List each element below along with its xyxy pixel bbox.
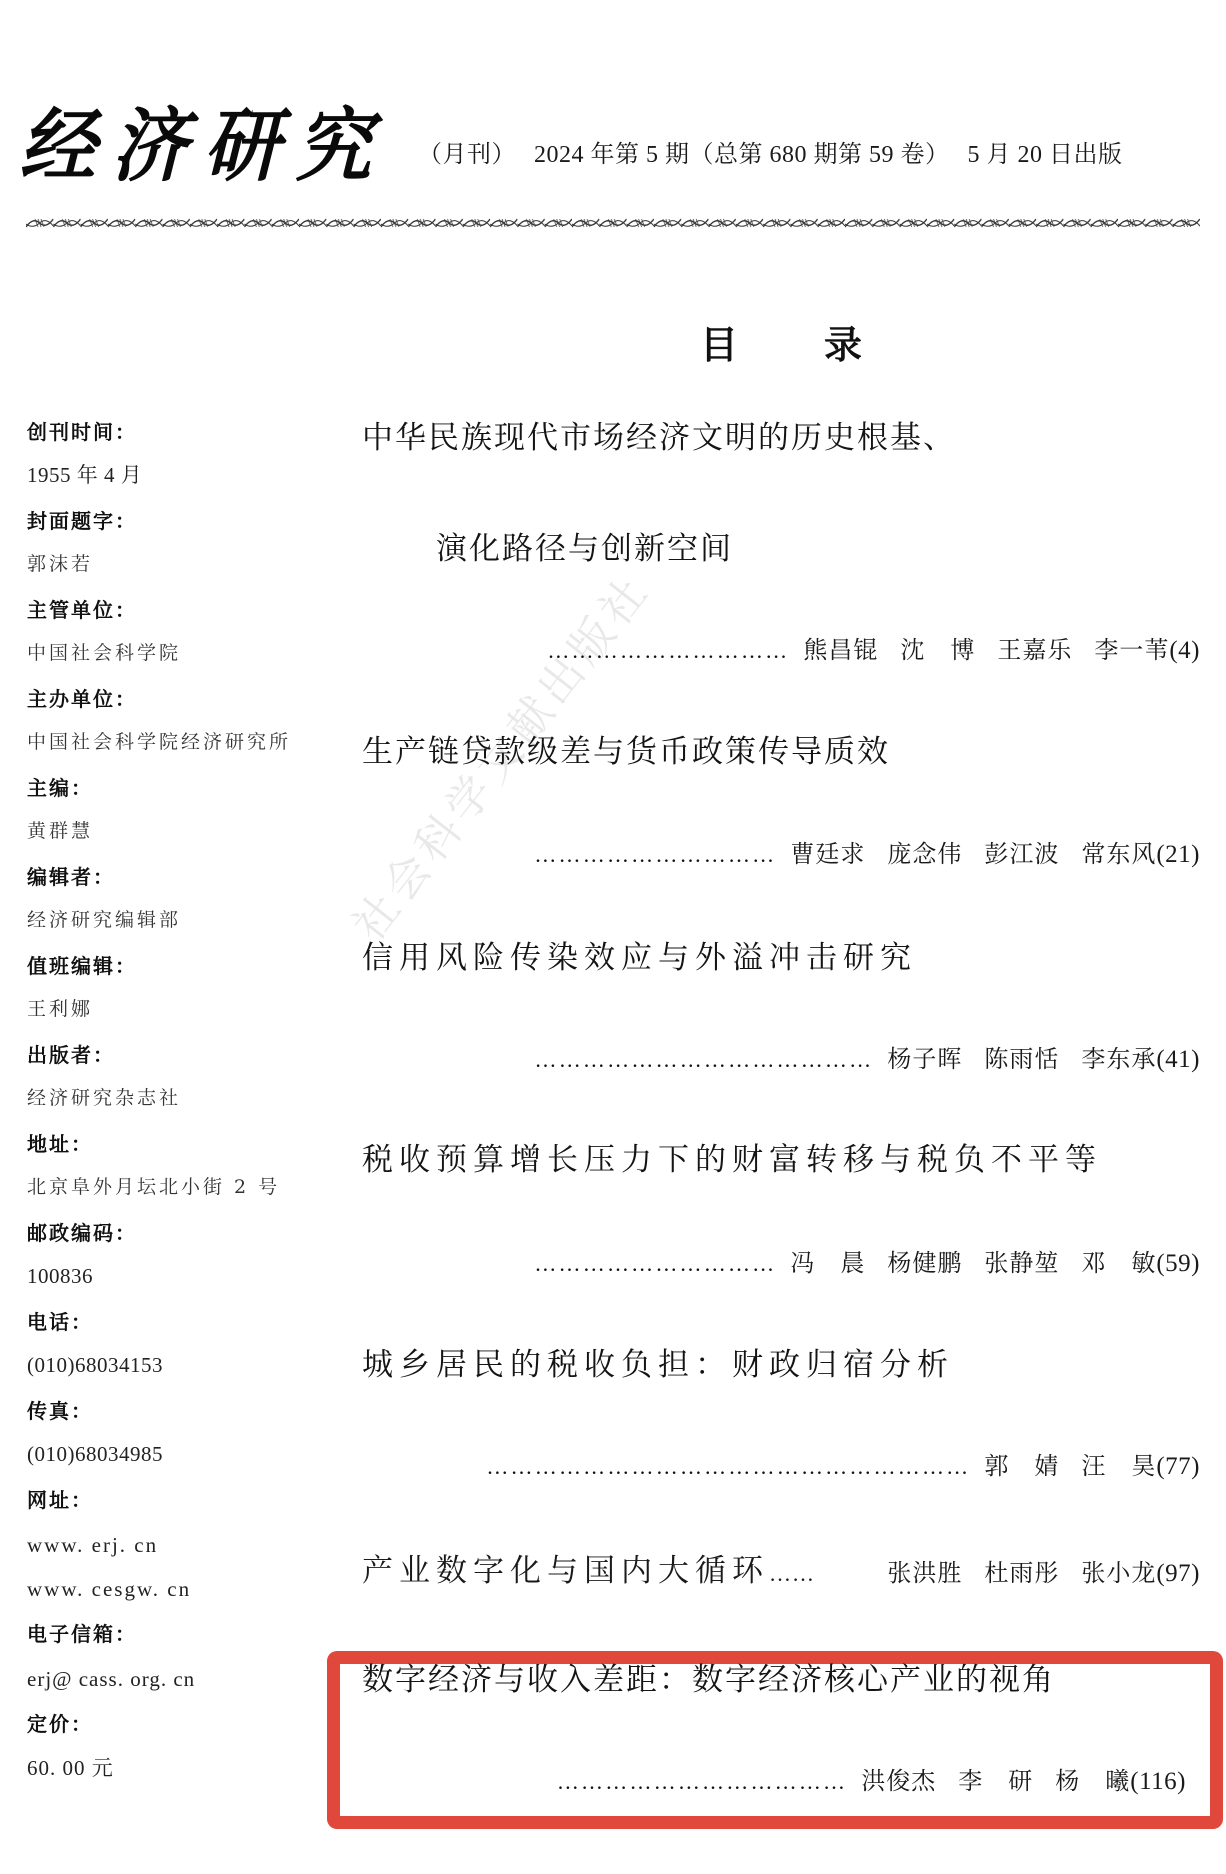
page-number: (97) xyxy=(1156,1554,1200,1594)
author: 庞念伟 xyxy=(887,837,962,871)
phone-value: (010)68034153 xyxy=(27,1351,163,1379)
article-title[interactable]: 税收预算增长压力下的财富转移与税负不平等 xyxy=(362,1140,1102,1180)
frequency: （月刊） xyxy=(418,142,516,168)
author: 杜雨彤 xyxy=(984,1553,1059,1593)
author: 李一苇 xyxy=(1094,633,1169,667)
toc-heading-right: 录 xyxy=(824,323,862,367)
article-byline: ………………………… 曹廷求 庞念伟 彭江波 常东风 (21) xyxy=(534,837,1200,872)
toc-heading: 目录 xyxy=(700,322,862,368)
founded-label: 创刊时间： xyxy=(27,418,137,446)
sponsor-label: 主办单位： xyxy=(27,685,137,713)
article-byline: ………………………… 冯 晨 杨健鹏 张静堃 邓 敏 (59) xyxy=(534,1246,1200,1281)
editor-in-chief-value: 黄群慧 xyxy=(27,817,93,845)
article-title[interactable]: 生产链贷款级差与货币政策传导质效 xyxy=(362,732,890,772)
address-value: 北京阜外月坛北小街 2 号 xyxy=(27,1173,280,1201)
article-title[interactable]: 城乡居民的税收负担：财政归宿分析 xyxy=(362,1345,954,1385)
author: 张洪胜 xyxy=(887,1553,962,1593)
author: 杨子晖 xyxy=(887,1042,962,1076)
website-link-1[interactable]: www. erj. cn xyxy=(27,1531,158,1559)
leader-dots: ………………………… xyxy=(534,1247,776,1281)
article-byline: …………………………………… 杨子晖 陈雨恬 李东承 (41) xyxy=(535,1042,1200,1077)
toc-heading-left: 目 xyxy=(700,323,738,367)
leader-dots: …………………………………………………… xyxy=(486,1450,970,1484)
author: 汪 昊 xyxy=(1081,1449,1156,1483)
author: 陈雨恬 xyxy=(984,1042,1059,1076)
leader-dots: ………………………… xyxy=(534,838,776,872)
email-link[interactable]: erj@ cass. org. cn xyxy=(27,1665,195,1693)
logo-char: 究 xyxy=(289,94,391,199)
leader-dots: ……………………………… xyxy=(557,1765,847,1799)
editor-in-chief-label: 主编： xyxy=(27,774,93,802)
email-label: 电子信箱： xyxy=(27,1620,137,1648)
author: 常东风 xyxy=(1081,837,1156,871)
author: 李 研 xyxy=(958,1764,1033,1798)
author: 洪俊杰 xyxy=(861,1764,936,1798)
fax-value: (010)68034985 xyxy=(27,1440,163,1468)
author: 邓 敏 xyxy=(1081,1246,1156,1280)
page-number: (4) xyxy=(1169,634,1200,668)
publish-date: 5 月 20 日出版 xyxy=(968,142,1123,168)
article-byline: 张洪胜 杜雨彤 张小龙 (97) xyxy=(887,1553,1200,1594)
page-number: (116) xyxy=(1130,1765,1186,1799)
cover-calligraphy-value: 郭沫若 xyxy=(27,550,93,578)
address-label: 地址： xyxy=(27,1130,93,1158)
author: 张小龙 xyxy=(1081,1553,1156,1593)
author: 彭江波 xyxy=(984,837,1059,871)
price-label: 定价： xyxy=(27,1710,93,1738)
author: 冯 晨 xyxy=(790,1246,865,1280)
journal-logo: 经济研究 xyxy=(26,96,378,196)
page-number: (59) xyxy=(1156,1247,1200,1281)
postcode-label: 邮政编码： xyxy=(27,1219,137,1247)
page-number: (77) xyxy=(1156,1450,1200,1484)
article-title[interactable]: 信用风险传染效应与外溢冲击研究 xyxy=(362,938,917,978)
author: 熊昌锟 xyxy=(803,633,878,667)
article-row-inline: 产业数字化与国内大循环 …… 张洪胜 杜雨彤 张小龙 (97) xyxy=(362,1551,1200,1594)
page-number: (21) xyxy=(1156,838,1200,872)
article-byline: …………………………………………………… 郭 婧 汪 昊 (77) xyxy=(486,1449,1200,1484)
leader-dots: …… xyxy=(769,1554,815,1594)
duty-editor-label: 值班编辑： xyxy=(27,952,137,980)
supervisor-value: 中国社会科学院 xyxy=(27,639,181,667)
logo-char: 济 xyxy=(105,94,207,199)
cover-calligraphy-label: 封面题字： xyxy=(27,507,137,535)
duty-editor-value: 王利娜 xyxy=(27,995,93,1023)
author: 郭 婧 xyxy=(984,1449,1059,1483)
decorative-divider xyxy=(26,215,1200,231)
website-label: 网址： xyxy=(27,1486,93,1514)
issue-line: 2024 年第 5 期（总第 680 期第 59 卷） xyxy=(534,142,950,168)
sponsor-value: 中国社会科学院经济研究所 xyxy=(27,728,291,756)
logo-char: 经 xyxy=(13,94,115,199)
article-byline: ……………………………… 洪俊杰 李 研 杨 曦 (116) xyxy=(557,1764,1186,1799)
author: 曹廷求 xyxy=(790,837,865,871)
editor-label: 编辑者： xyxy=(27,863,115,891)
founded-value: 1955 年 4 月 xyxy=(27,461,142,489)
editor-value: 经济研究编辑部 xyxy=(27,906,181,934)
leader-dots: ………………………… xyxy=(547,634,789,668)
page-number: (41) xyxy=(1156,1043,1200,1077)
price-value: 60. 00 元 xyxy=(27,1754,114,1782)
article-byline: ………………………… 熊昌锟 沈 博 王嘉乐 李一苇 (4) xyxy=(547,633,1200,668)
author: 杨 曦 xyxy=(1055,1764,1130,1798)
publisher-label: 出版者： xyxy=(27,1041,115,1069)
issue-info: （月刊）2024 年第 5 期（总第 680 期第 59 卷）5 月 20 日出… xyxy=(418,138,1123,172)
author: 王嘉乐 xyxy=(997,633,1072,667)
article-title-continued[interactable]: 演化路径与创新空间 xyxy=(436,529,733,569)
author: 张静堃 xyxy=(984,1246,1059,1280)
article-title[interactable]: 产业数字化与国内大循环 xyxy=(362,1551,769,1591)
supervisor-label: 主管单位： xyxy=(27,596,137,624)
postcode-value: 100836 xyxy=(27,1262,93,1290)
article-title[interactable]: 中华民族现代市场经济文明的历史根基、 xyxy=(362,418,956,458)
publisher-value: 经济研究杂志社 xyxy=(27,1084,181,1112)
logo-char: 研 xyxy=(197,94,299,199)
leader-dots: …………………………………… xyxy=(535,1043,874,1077)
fax-label: 传真： xyxy=(27,1397,93,1425)
author: 沈 博 xyxy=(900,633,975,667)
website-link-2[interactable]: www. cesgw. cn xyxy=(27,1575,191,1603)
article-title-highlighted[interactable]: 数字经济与收入差距：数字经济核心产业的视角 xyxy=(362,1660,1055,1700)
author: 李东承 xyxy=(1081,1042,1156,1076)
author: 杨健鹏 xyxy=(887,1246,962,1280)
phone-label: 电话： xyxy=(27,1308,93,1336)
